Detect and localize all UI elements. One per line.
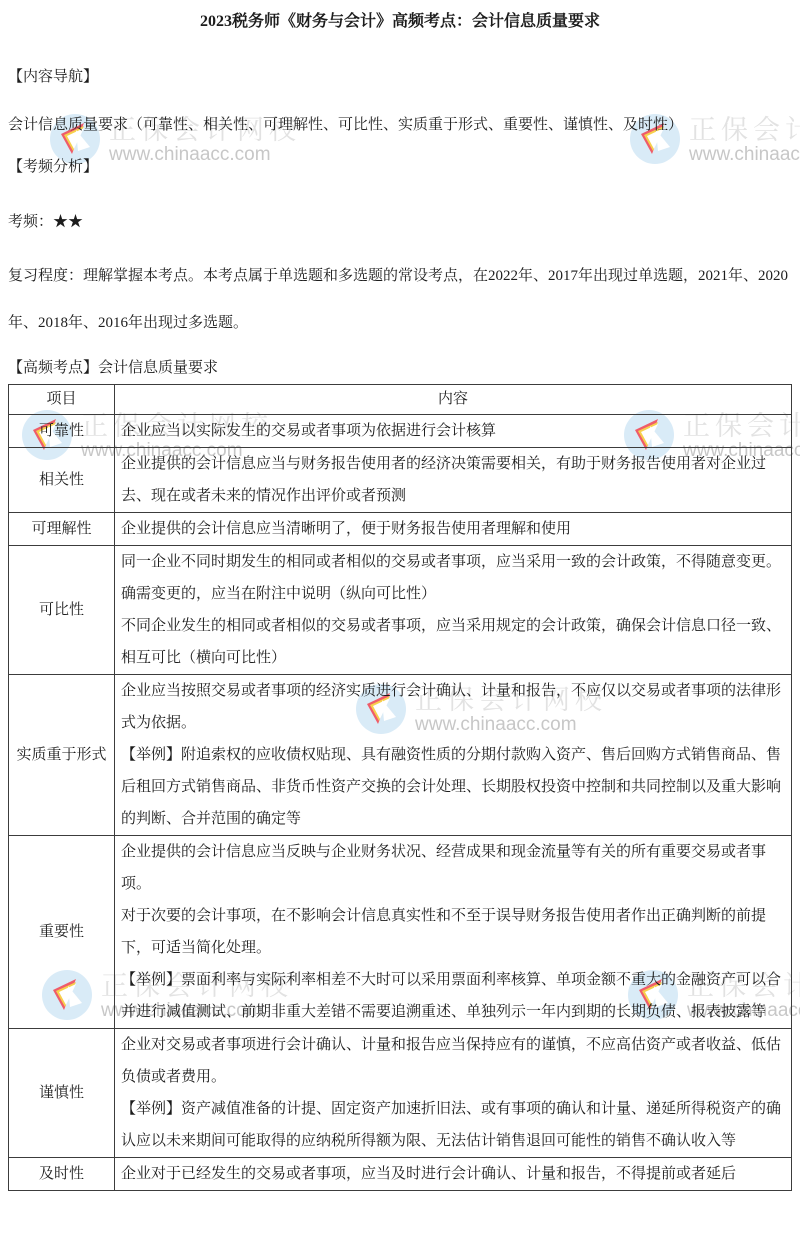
row-content: 企业应当以实际发生的交易或者事项为依据进行会计核算 (115, 415, 792, 448)
content-paragraph: 企业提供的会计信息应当清晰明了，便于财务报告使用者理解和使用 (121, 513, 785, 545)
row-content: 企业提供的会计信息应当反映与企业财务状况、经营成果和现金流量等有关的所有重要交易… (115, 836, 792, 1029)
content-paragraph: 企业提供的会计信息应当反映与企业财务状况、经营成果和现金流量等有关的所有重要交易… (121, 836, 785, 900)
table-row-prudence: 谨慎性 企业对交易或者事项进行会计确认、计量和报告应当保持应有的谨慎，不应高估资… (9, 1029, 792, 1158)
row-item-label: 实质重于形式 (9, 675, 115, 836)
column-header-item: 项目 (9, 385, 115, 415)
section-header-content-nav: 【内容导航】 (8, 65, 792, 86)
row-item-label: 相关性 (9, 448, 115, 513)
content-paragraph: 企业应当以实际发生的交易或者事项为依据进行会计核算 (121, 415, 785, 447)
row-content: 同一企业不同时期发生的相同或者相似的交易或者事项，应当采用一致的会计政策，不得随… (115, 546, 792, 675)
table-row-timeliness: 及时性 企业对于已经发生的交易或者事项，应当及时进行会计确认、计量和报告，不得提… (9, 1158, 792, 1191)
row-content: 企业提供的会计信息应当与财务报告使用者的经济决策需要相关，有助于财务报告使用者对… (115, 448, 792, 513)
content-paragraph: 【举例】资产减值准备的计提、固定资产加速折旧法、或有事项的确认和计量、递延所得税… (121, 1093, 785, 1157)
section-header-frequency-analysis: 【考频分析】 (8, 155, 792, 176)
quality-requirements-table: 项目 内容 可靠性 企业应当以实际发生的交易或者事项为依据进行会计核算 相关性 … (8, 384, 792, 1191)
table-row-understandability: 可理解性 企业提供的会计信息应当清晰明了，便于财务报告使用者理解和使用 (9, 513, 792, 546)
row-content: 企业提供的会计信息应当清晰明了，便于财务报告使用者理解和使用 (115, 513, 792, 546)
row-item-label: 及时性 (9, 1158, 115, 1191)
row-item-label: 谨慎性 (9, 1029, 115, 1158)
row-item-label: 重要性 (9, 836, 115, 1029)
frequency-rating: 考频：★★ (8, 210, 792, 231)
column-header-content: 内容 (115, 385, 792, 415)
content-paragraph: 不同企业发生的相同或者相似的交易或者事项，应当采用规定的会计政策，确保会计信息口… (121, 610, 785, 674)
review-guidance-text: 复习程度：理解掌握本考点。本考点属于单选题和多选题的常设考点，在2022年、20… (8, 253, 792, 347)
row-item-label: 可靠性 (9, 415, 115, 448)
row-content: 企业对交易或者事项进行会计确认、计量和报告应当保持应有的谨慎，不应高估资产或者收… (115, 1029, 792, 1158)
table-row-relevance: 相关性 企业提供的会计信息应当与财务报告使用者的经济决策需要相关，有助于财务报告… (9, 448, 792, 513)
table-row-substance-over-form: 实质重于形式 企业应当按照交易或者事项的经济实质进行会计确认、计量和报告，不应仅… (9, 675, 792, 836)
row-item-label: 可比性 (9, 546, 115, 675)
section-header-key-point: 【高频考点】会计信息质量要求 (8, 356, 792, 377)
content-nav-text: 会计信息质量要求（可靠性、相关性、可理解性、可比性、实质重于形式、重要性、谨慎性… (8, 114, 792, 136)
content-paragraph: 对于次要的会计事项，在不影响会计信息真实性和不至于误导财务报告使用者作出正确判断… (121, 900, 785, 964)
table-row-comparability: 可比性 同一企业不同时期发生的相同或者相似的交易或者事项，应当采用一致的会计政策… (9, 546, 792, 675)
document: 2023税务师《财务与会计》高频考点：会计信息质量要求 【内容导航】 会计信息质… (0, 0, 800, 1191)
content-paragraph: 企业对于已经发生的交易或者事项，应当及时进行会计确认、计量和报告，不得提前或者延… (121, 1158, 785, 1190)
row-content: 企业应当按照交易或者事项的经济实质进行会计确认、计量和报告，不应仅以交易或者事项… (115, 675, 792, 836)
content-paragraph: 【举例】票面利率与实际利率相差不大时可以采用票面利率核算、单项金额不重大的金融资… (121, 964, 785, 1028)
page-title: 2023税务师《财务与会计》高频考点：会计信息质量要求 (8, 0, 792, 32)
content-paragraph: 企业提供的会计信息应当与财务报告使用者的经济决策需要相关，有助于财务报告使用者对… (121, 448, 785, 512)
content-paragraph: 同一企业不同时期发生的相同或者相似的交易或者事项，应当采用一致的会计政策，不得随… (121, 546, 785, 610)
row-item-label: 可理解性 (9, 513, 115, 546)
table-row-materiality: 重要性 企业提供的会计信息应当反映与企业财务状况、经营成果和现金流量等有关的所有… (9, 836, 792, 1029)
content-paragraph: 企业对交易或者事项进行会计确认、计量和报告应当保持应有的谨慎，不应高估资产或者收… (121, 1029, 785, 1093)
content-paragraph: 【举例】附追索权的应收债权贴现、具有融资性质的分期付款购入资产、售后回购方式销售… (121, 739, 785, 835)
row-content: 企业对于已经发生的交易或者事项，应当及时进行会计确认、计量和报告，不得提前或者延… (115, 1158, 792, 1191)
content-paragraph: 企业应当按照交易或者事项的经济实质进行会计确认、计量和报告，不应仅以交易或者事项… (121, 675, 785, 739)
table-header-row: 项目 内容 (9, 385, 792, 415)
table-row-reliability: 可靠性 企业应当以实际发生的交易或者事项为依据进行会计核算 (9, 415, 792, 448)
